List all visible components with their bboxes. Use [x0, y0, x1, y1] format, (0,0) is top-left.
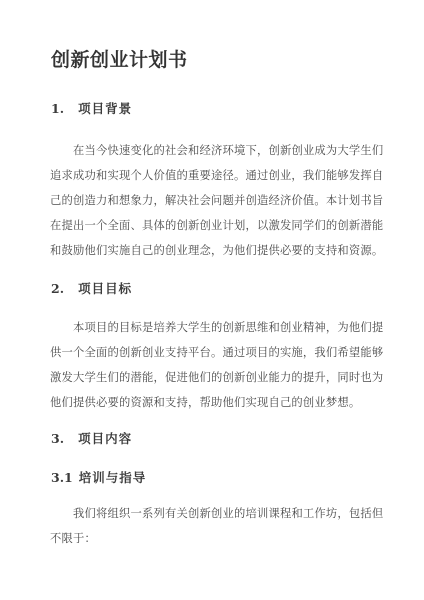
text-line: 本项目的目标是培养大学生的创新思维和创业精神，为他们提	[50, 315, 377, 340]
text-line: 供一个全面的创新创业支持平台。通过项目的实施，我们希望能够	[50, 340, 377, 365]
text-line: 他们提供必要的资源和支持，帮助他们实现自己的创业梦想。	[50, 390, 377, 415]
text-line: 和鼓励他们实施自己的创业理念，为他们提供必要的支持和资源。	[50, 238, 377, 263]
text-line: 我们将组织一系列有关创新创业的培训课程和工作坊，包括但	[50, 501, 377, 526]
section-2-label: 项目目标	[78, 281, 132, 296]
paragraph-training-guidance: 我们将组织一系列有关创新创业的培训课程和工作坊，包括但 不限于：	[50, 501, 377, 551]
section-3-label: 项目内容	[78, 431, 132, 446]
document-title: 创新创业计划书	[51, 51, 188, 70]
section-3-number: 3.	[51, 432, 64, 446]
text-line: 追求成功和实现个人价值的重要途径。通过创业，我们能够发挥自	[50, 163, 377, 188]
subsection-heading-3-1: 3.1培训与指导	[51, 471, 146, 485]
section-heading-1: 1.项目背景	[51, 102, 132, 116]
text-line: 在当今快速变化的社会和经济环境下，创新创业成为大学生们	[50, 138, 377, 163]
subsection-3-1-label: 培训与指导	[79, 470, 147, 485]
subsection-3-1-number: 3.1	[51, 471, 73, 485]
section-heading-3: 3.项目内容	[51, 432, 132, 446]
section-heading-2: 2.项目目标	[51, 282, 132, 296]
text-line: 在提出一个全面、具体的创新创业计划，以激发同学们的创新潜能	[50, 213, 377, 238]
paragraph-project-goals: 本项目的目标是培养大学生的创新思维和创业精神，为他们提 供一个全面的创新创业支持…	[50, 315, 377, 415]
text-line: 不限于：	[50, 526, 377, 551]
text-line: 激发大学生们的潜能，促进他们的创新创业能力的提升，同时也为	[50, 365, 377, 390]
paragraph-project-background: 在当今快速变化的社会和经济环境下，创新创业成为大学生们 追求成功和实现个人价值的…	[50, 138, 377, 263]
document-page: 创新创业计划书 1.项目背景 在当今快速变化的社会和经济环境下，创新创业成为大学…	[0, 0, 424, 600]
section-1-label: 项目背景	[78, 101, 132, 116]
section-1-number: 1.	[51, 102, 64, 116]
section-2-number: 2.	[51, 282, 64, 296]
text-line: 己的创造力和想象力，解决社会问题并创造经济价值。本计划书旨	[50, 188, 377, 213]
